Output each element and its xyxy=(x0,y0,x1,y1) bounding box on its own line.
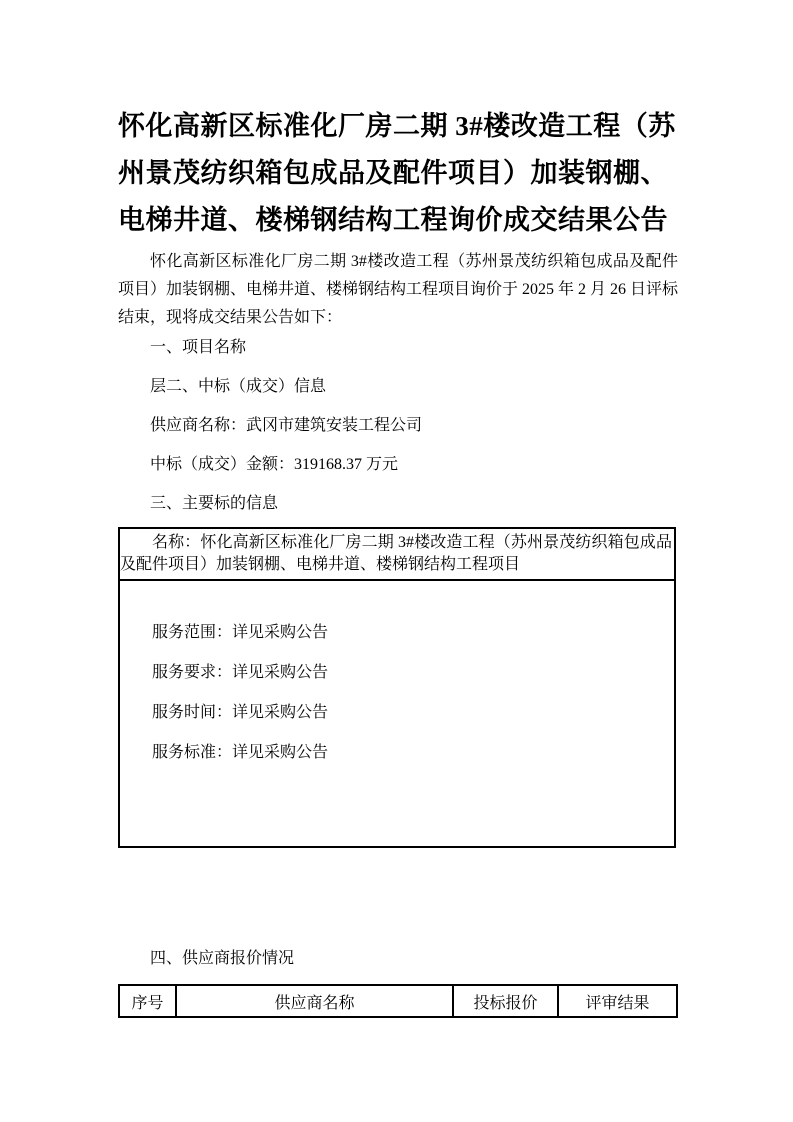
target-name-text: 名称：怀化高新区标准化厂房二期 3#楼改造工程（苏州景茂纺织箱包成品及配件项目）… xyxy=(120,529,674,579)
quote-table-header-row: 序号 供应商名称 投标报价 评审结果 xyxy=(119,985,677,1017)
quote-table-header-bid-price: 投标报价 xyxy=(453,985,558,1017)
supplier-name-line: 供应商名称：武冈市建筑安装工程公司 xyxy=(118,416,678,436)
intro-paragraph: 怀化高新区标准化厂房二期 3#楼改造工程（苏州景茂纺织箱包成品及配件项目）加装钢… xyxy=(118,248,678,332)
service-time-line: 服务时间：详见采购公告 xyxy=(120,703,674,723)
target-name-cell: 名称：怀化高新区标准化厂房二期 3#楼改造工程（苏州景茂纺织箱包成品及配件项目）… xyxy=(119,528,675,580)
quote-table-header-seq: 序号 xyxy=(119,985,176,1017)
target-services-content: 服务范围：详见采购公告 服务要求：详见采购公告 服务时间：详见采购公告 服务标准… xyxy=(120,581,674,763)
quote-table-header-review-result: 评审结果 xyxy=(558,985,677,1017)
section-heading-award-info: 层二、中标（成交）信息 xyxy=(118,377,678,397)
section-heading-supplier-quotes: 四、供应商报价情况 xyxy=(118,949,678,969)
target-services-row: 服务范围：详见采购公告 服务要求：详见采购公告 服务时间：详见采购公告 服务标准… xyxy=(119,580,675,847)
award-amount-line: 中标（成交）金额：319168.37 万元 xyxy=(118,455,678,475)
service-requirement-line: 服务要求：详见采购公告 xyxy=(120,663,674,683)
target-name-row: 名称：怀化高新区标准化厂房二期 3#楼改造工程（苏州景茂纺织箱包成品及配件项目）… xyxy=(119,528,675,580)
supplier-quote-table: 序号 供应商名称 投标报价 评审结果 xyxy=(118,984,678,1018)
service-standard-line: 服务标准：详见采购公告 xyxy=(120,743,674,763)
document-content: 怀化高新区标准化厂房二期 3#楼改造工程（苏州景茂纺织箱包成品及配件项目）加装钢… xyxy=(118,0,678,1018)
service-scope-line: 服务范围：详见采购公告 xyxy=(120,623,674,643)
section-heading-project-name: 一、项目名称 xyxy=(118,338,678,358)
quote-table-header-supplier: 供应商名称 xyxy=(176,985,453,1017)
target-info-box: 名称：怀化高新区标准化厂房二期 3#楼改造工程（苏州景茂纺织箱包成品及配件项目）… xyxy=(118,527,676,848)
document-page: 怀化高新区标准化厂房二期 3#楼改造工程（苏州景茂纺织箱包成品及配件项目）加装钢… xyxy=(0,0,793,1122)
section-heading-target-info: 三、主要标的信息 xyxy=(118,494,678,514)
document-title: 怀化高新区标准化厂房二期 3#楼改造工程（苏州景茂纺织箱包成品及配件项目）加装钢… xyxy=(118,103,690,244)
target-services-cell: 服务范围：详见采购公告 服务要求：详见采购公告 服务时间：详见采购公告 服务标准… xyxy=(119,580,675,847)
